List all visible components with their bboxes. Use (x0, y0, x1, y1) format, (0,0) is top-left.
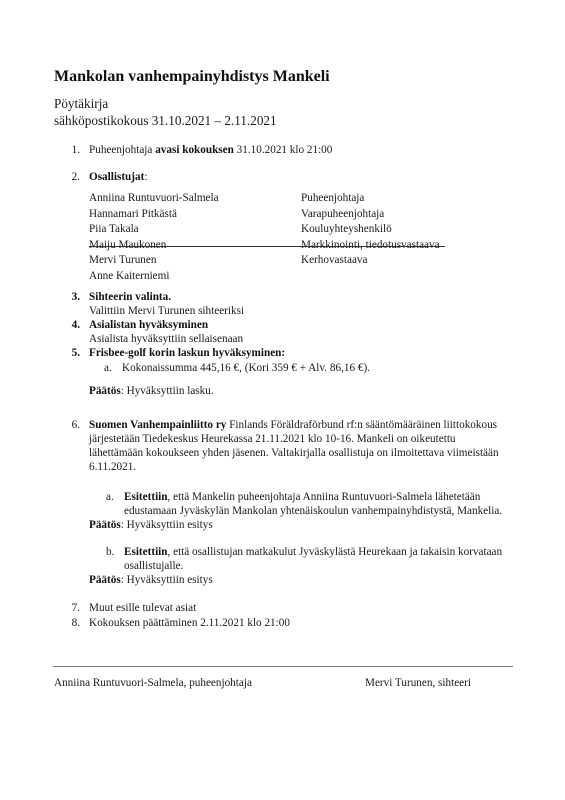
participant-name: Maiju Maukonen (89, 238, 166, 252)
participant-row: Maiju MaukonenMarkkinointi, tiedotusvast… (89, 238, 449, 254)
item-number: 1. (64, 143, 80, 157)
item-number: 2. (64, 170, 80, 184)
item-number: 6. (64, 418, 80, 432)
participant-row: Piia TakalaKouluyhteyshenkilö (89, 222, 449, 238)
participant-name: Piia Takala (89, 222, 139, 236)
participant-name: Anniina Runtuvuori-Salmela (89, 191, 219, 205)
participant-role: Puheenjohtaja (301, 191, 364, 205)
item-text: Asialista hyväksyttiin sellaisenaan (89, 332, 243, 346)
participant-row: Anne Kaiterniemi (89, 269, 449, 285)
item-heading: Asialistan hyväksyminen (89, 318, 208, 332)
item-text-line: 6.11.2021. (89, 460, 136, 474)
sub-item-text: Kokonaissumma 445,16 €, (Kori 359 € + Al… (122, 361, 370, 375)
signature-secretary: Mervi Turunen, sihteeri (365, 676, 471, 690)
participant-row: Mervi TurunenKerhovastaava (89, 253, 449, 269)
document-title: Mankolan vanhempainyhdistys Mankeli (54, 68, 330, 86)
item-text-line: Suomen Vanhempainliitto ry Finlands Förä… (89, 418, 497, 432)
participant-role: Varapuheenjohtaja (301, 207, 384, 221)
item-text-line: lähettämään kokoukseen yhden jäsenen. Va… (89, 446, 499, 460)
item-text: Muut esille tulevat asiat (89, 601, 196, 615)
item-number: 4. (64, 318, 80, 332)
item-text: Kokouksen päättäminen 2.11.2021 klo 21:0… (89, 616, 290, 630)
item-number: 8. (64, 616, 80, 630)
signature-chair: Anniina Runtuvuori-Salmela, puheenjohtaj… (54, 676, 252, 690)
participant-role: Markkinointi, tiedotusvastaava (301, 238, 440, 252)
sub-item-letter: b. (106, 545, 114, 559)
sub-item-text-line: osallistujalle. (124, 559, 183, 573)
participants-list: Anniina Runtuvuori-SalmelaPuheenjohtajaH… (89, 191, 449, 285)
item-text: Valittiin Mervi Turunen sihteeriksi (89, 304, 244, 318)
sub-item-letter: a. (104, 361, 112, 375)
sub-item-text-line: Esitettiin, että osallistujan matkakulut… (124, 545, 502, 559)
participant-role: Kerhovastaava (301, 253, 367, 267)
item-number: 7. (64, 601, 80, 615)
signature-divider (53, 666, 513, 667)
meeting-info: sähköpostikokous 31.10.2021 – 2.11.2021 (54, 113, 277, 129)
participant-row: Anniina Runtuvuori-SalmelaPuheenjohtaja (89, 191, 449, 207)
sub-item-text-line: edustamaan Jyväskylän Mankolan yhtenäisk… (124, 504, 502, 518)
item-heading: Sihteerin valinta. (89, 290, 171, 304)
strikethrough-line (89, 246, 445, 247)
item-heading: Frisbee-golf korin laskun hyväksyminen: (89, 346, 285, 360)
participant-role: Kouluyhteyshenkilö (301, 222, 392, 236)
item-text: Puheenjohtaja avasi kokouksen 31.10.2021… (89, 143, 332, 157)
sub-item-text-line: Esitettiin, että Mankelin puheenjohtaja … (124, 490, 480, 504)
document-subtitle: Pöytäkirja (54, 96, 108, 112)
participant-name: Anne Kaiterniemi (89, 269, 169, 283)
item-heading: Osallistujat: (89, 170, 147, 184)
decision: Päätös: Hyväksyttiin esitys (89, 518, 213, 532)
item-number: 5. (64, 346, 80, 360)
participant-name: Mervi Turunen (89, 253, 156, 267)
item-text-line: järjestetään Tiedekeskus Heurekassa 21.1… (89, 432, 456, 446)
participant-name: Hannamari Pitkästä (89, 207, 177, 221)
decision: Päätös: Hyväksyttiin esitys (89, 573, 213, 587)
sub-item-letter: a. (106, 490, 114, 504)
participant-row: Hannamari PitkästäVarapuheenjohtaja (89, 207, 449, 223)
item-number: 3. (64, 290, 80, 304)
decision: Päätös: Hyväksyttiin lasku. (89, 384, 214, 398)
